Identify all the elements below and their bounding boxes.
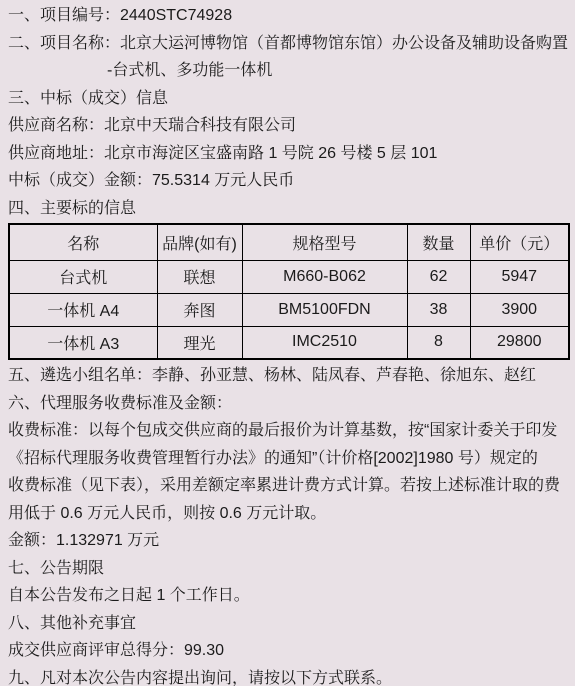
items-table-header-name: 名称 <box>9 224 157 260</box>
agency-fee-heading: 六、代理服务收费标准及金额： <box>8 390 571 418</box>
notice-period-heading: 七、公告期限 <box>8 555 571 583</box>
items-table-header-brand: 品牌(如有) <box>157 224 242 260</box>
table-cell-brand: 联想 <box>157 260 242 293</box>
project-name-subline: -台式机、多功能一体机 <box>8 57 571 85</box>
supplier-name-line: 供应商名称：北京中天瑞合科技有限公司 <box>8 112 571 140</box>
review-score-line: 成交供应商评审总得分：99.30 <box>8 637 571 665</box>
table-cell-quantity: 62 <box>407 260 470 293</box>
fee-standard-line: 收费标准：以每个包成交供应商的最后报价为计算基数，按“国家计委关于印发 <box>8 417 571 445</box>
main-items-heading: 四、主要标的信息 <box>8 195 571 223</box>
table-row: 一体机 A4 奔图 BM5100FDN 38 3900 <box>9 293 569 326</box>
other-matters-heading: 八、其他补充事宜 <box>8 610 571 638</box>
announcement-document: 一、项目编号：2440STC74928 二、项目名称：北京大运河博物馆（首都博物… <box>0 0 575 686</box>
table-row: 一体机 A3 理光 IMC2510 8 29800 <box>9 326 569 359</box>
award-amount-line: 中标（成交）金额：75.5314 万元人民币 <box>8 167 571 195</box>
items-table-header-unit-price: 单价（元） <box>470 224 569 260</box>
selection-panel-line: 五、遴选小组名单：李静、孙亚慧、杨林、陆凤春、芦春艳、徐旭东、赵红 <box>8 362 571 390</box>
table-cell-unit-price: 3900 <box>470 293 569 326</box>
table-cell-name: 台式机 <box>9 260 157 293</box>
table-cell-unit-price: 29800 <box>470 326 569 359</box>
items-table-header-model: 规格型号 <box>242 224 407 260</box>
notice-period-line: 自本公告发布之日起 1 个工作日。 <box>8 582 571 610</box>
project-number-line: 一、项目编号：2440STC74928 <box>8 2 571 30</box>
table-cell-model: M660-B062 <box>242 260 407 293</box>
items-table: 名称 品牌(如有) 规格型号 数量 单价（元） 台式机 联想 M660-B062… <box>8 223 570 360</box>
project-name-line: 二、项目名称：北京大运河博物馆（首都博物馆东馆）办公设备及辅助设备购置 <box>8 30 571 58</box>
award-info-heading: 三、中标（成交）信息 <box>8 85 571 113</box>
supplier-address-line: 供应商地址：北京市海淀区宝盛南路 1 号院 26 号楼 5 层 101 <box>8 140 571 168</box>
table-cell-quantity: 38 <box>407 293 470 326</box>
table-cell-brand: 奔图 <box>157 293 242 326</box>
fee-standard-line: 用低于 0.6 万元人民币，则按 0.6 万元计取。 <box>8 500 571 528</box>
table-cell-name: 一体机 A3 <box>9 326 157 359</box>
table-cell-quantity: 8 <box>407 326 470 359</box>
table-cell-unit-price: 5947 <box>470 260 569 293</box>
fee-amount-line: 金额：1.132971 万元 <box>8 527 571 555</box>
table-cell-name: 一体机 A4 <box>9 293 157 326</box>
table-cell-model: IMC2510 <box>242 326 407 359</box>
items-table-header-quantity: 数量 <box>407 224 470 260</box>
table-cell-model: BM5100FDN <box>242 293 407 326</box>
table-row: 台式机 联想 M660-B062 62 5947 <box>9 260 569 293</box>
contact-heading: 九、凡对本次公告内容提出询问，请按以下方式联系。 <box>8 665 571 686</box>
items-table-header-row: 名称 品牌(如有) 规格型号 数量 单价（元） <box>9 224 569 260</box>
table-cell-brand: 理光 <box>157 326 242 359</box>
fee-standard-line: 《招标代理服务收费管理暂行办法》的通知”（计价格[2002]1980 号）规定的 <box>8 445 571 473</box>
fee-standard-line: 收费标准（见下表），采用差额定率累进计费方式计算。若按上述标准计取的费 <box>8 472 571 500</box>
